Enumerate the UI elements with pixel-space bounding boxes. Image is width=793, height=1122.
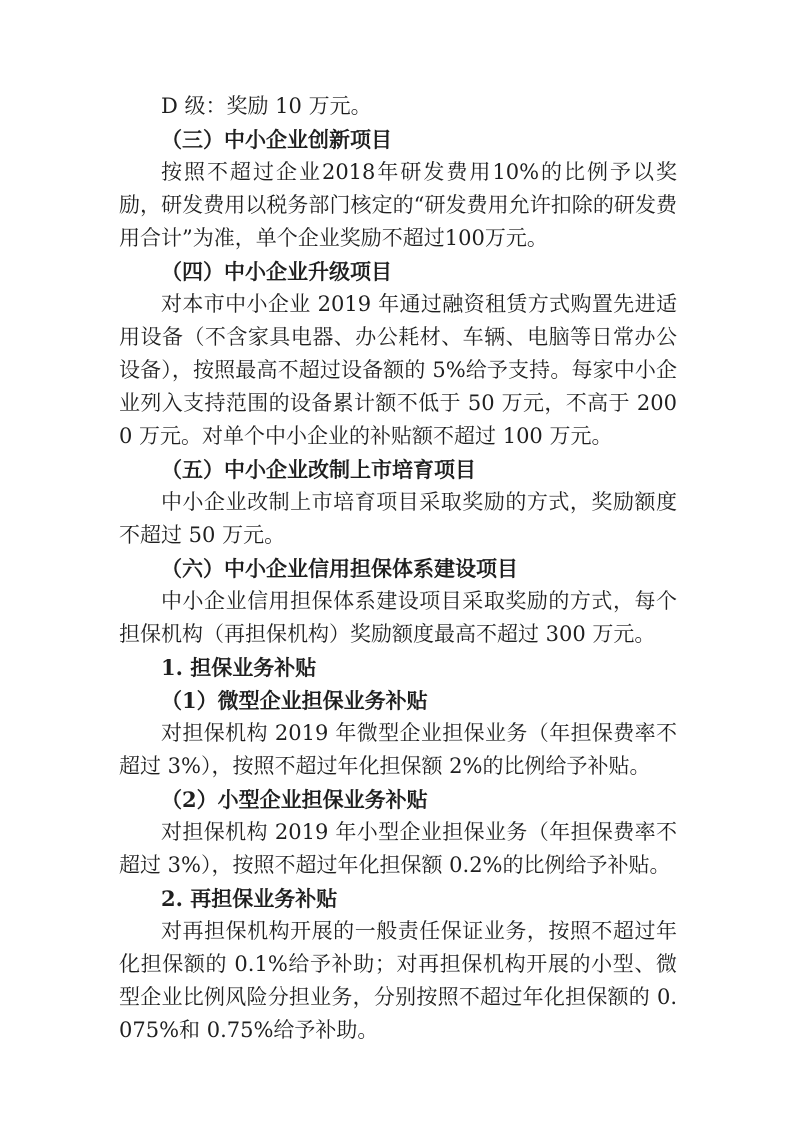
heading-sme-upgrade-project: （四）中小企业升级项目 — [119, 255, 677, 288]
paragraph-listing-reward: 中小企业改制上市培育项目采取奖励的方式，奖励额度不超过 50 万元。 — [119, 486, 677, 552]
document-content: D 级：奖励 10 万元。 （三）中小企业创新项目 按照不超过企业2018年研发… — [119, 90, 677, 1047]
heading-micro-enterprise-subsidy: （1）微型企业担保业务补贴 — [119, 684, 677, 717]
heading-sme-listing-project: （五）中小企业改制上市培育项目 — [119, 453, 677, 486]
heading-sme-innovation-project: （三）中小企业创新项目 — [119, 123, 677, 156]
paragraph-d-grade-award: D 级：奖励 10 万元。 — [119, 90, 677, 123]
heading-credit-guarantee-project: （六）中小企业信用担保体系建设项目 — [119, 552, 677, 585]
heading-guarantee-subsidy: 1. 担保业务补贴 — [119, 651, 677, 684]
heading-reguarantee-subsidy: 2. 再担保业务补贴 — [119, 882, 677, 915]
document-page: D 级：奖励 10 万元。 （三）中小企业创新项目 按照不超过企业2018年研发… — [0, 0, 793, 1122]
paragraph-reguarantee-detail: 对再担保机构开展的一般责任保证业务，按照不超过年化担保额的 0.1%给予补助；对… — [119, 915, 677, 1047]
paragraph-upgrade-subsidy: 对本市中小企业 2019 年通过融资租赁方式购置先进适用设备（不含家具电器、办公… — [119, 288, 677, 453]
paragraph-guarantee-reward: 中小企业信用担保体系建设项目采取奖励的方式，每个担保机构（再担保机构）奖励额度最… — [119, 585, 677, 651]
heading-small-enterprise-subsidy: （2）小型企业担保业务补贴 — [119, 783, 677, 816]
paragraph-small-subsidy-detail: 对担保机构 2019 年小型企业担保业务（年担保费率不超过 3%），按照不超过年… — [119, 816, 677, 882]
paragraph-innovation-reward: 按照不超过企业2018年研发费用10%的比例予以奖励，研发费用以税务部门核定的“… — [119, 156, 677, 255]
paragraph-micro-subsidy-detail: 对担保机构 2019 年微型企业担保业务（年担保费率不超过 3%），按照不超过年… — [119, 717, 677, 783]
